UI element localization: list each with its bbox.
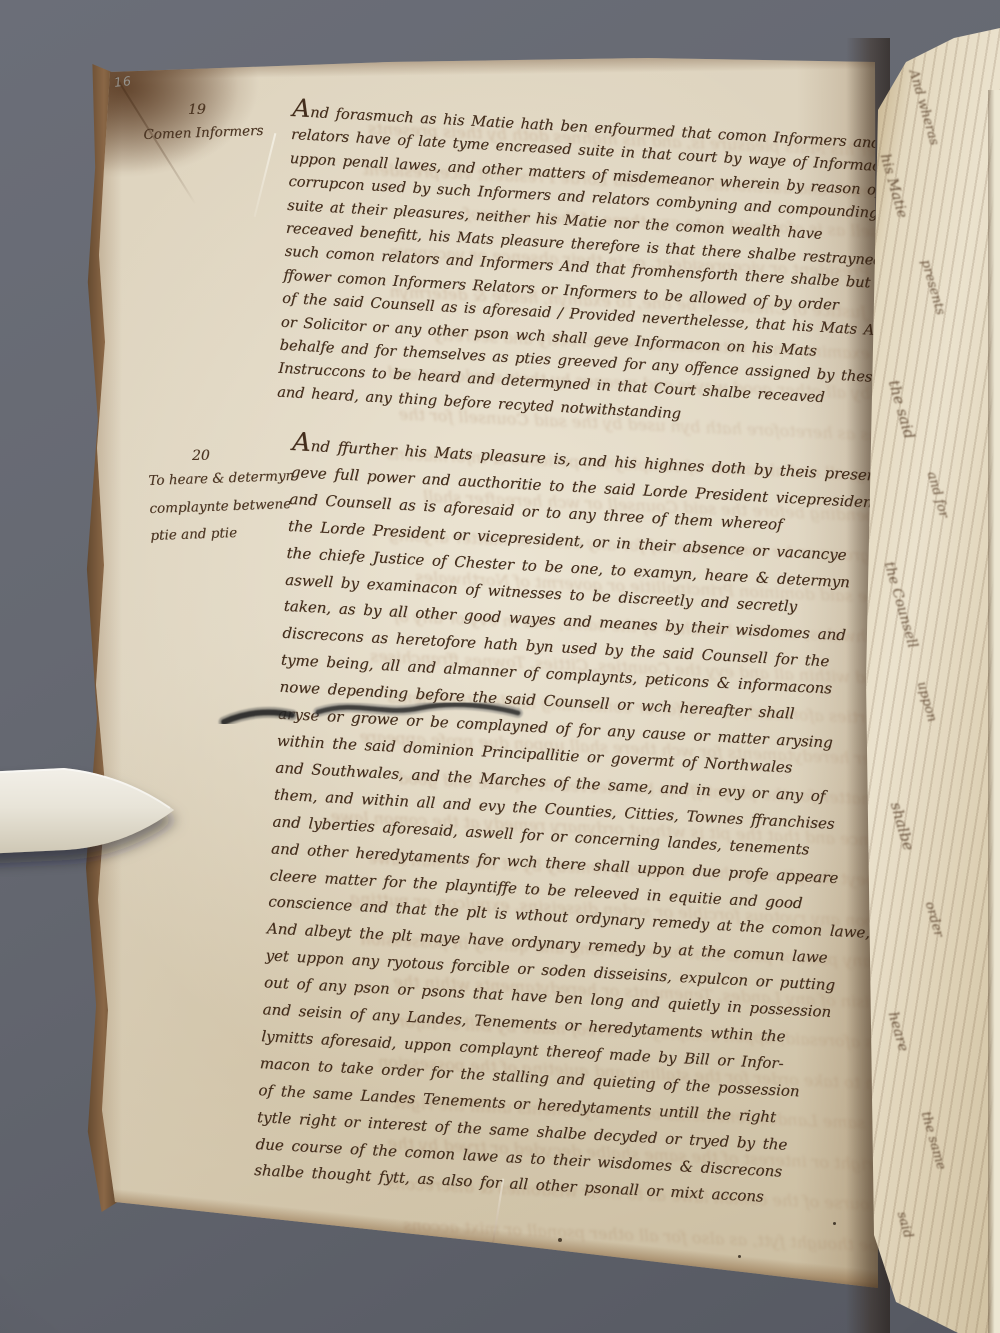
margin-note-line: complaynte betwene	[149, 490, 296, 523]
margin-note-line: ptie and ptie	[150, 518, 297, 551]
facing-text-fragment: the Counsell	[881, 560, 921, 650]
facing-text-fragment: the said	[885, 378, 919, 441]
facing-text-fragment: shalbe	[887, 800, 918, 853]
facing-text-fragment: the same	[918, 1110, 949, 1172]
ink-dot	[833, 1222, 836, 1225]
margin-note-common-informers: Comen Informers	[143, 118, 264, 148]
body-text-paragraph-1: And forasmuch as his Matie hath ben enfo…	[277, 100, 893, 436]
facing-text-fragment: his Matie	[877, 152, 911, 220]
facing-page-leaf-edge	[988, 90, 1000, 1333]
facing-text-fragment: And wheras	[906, 68, 942, 147]
ink-smear	[206, 686, 536, 742]
bone-folder	[0, 742, 194, 877]
margin-section-number-19: 19	[188, 102, 206, 118]
facing-text-fragment: said	[894, 1210, 916, 1240]
margin-note-line: Comen Informers	[143, 118, 264, 148]
facing-page: And wherashis Matiepresentsthe saidand f…	[862, 0, 1000, 1333]
facing-text-fragment: heare	[885, 1010, 912, 1053]
manuscript-page: And ffurther his Mats pleasure is, and h…	[88, 50, 886, 1298]
photograph: And ffurther his Mats pleasure is, and h…	[0, 0, 1000, 1333]
margin-section-number-20: 20	[192, 448, 210, 464]
facing-text-fragment: and for	[924, 470, 951, 520]
facing-text-fragment: uppon	[914, 680, 940, 724]
folio-number: 16	[113, 73, 133, 90]
margin-note-hear-and-determine: To heare & determyncomplaynte betwenepti…	[148, 463, 297, 551]
facing-text-fragment: order	[922, 900, 946, 939]
body-text-paragraph-2: And ffurther his Mats pleasure is, and h…	[254, 432, 903, 1216]
margin-note-line: To heare & determyn	[148, 463, 295, 496]
facing-text-fragment: presents	[918, 258, 948, 317]
